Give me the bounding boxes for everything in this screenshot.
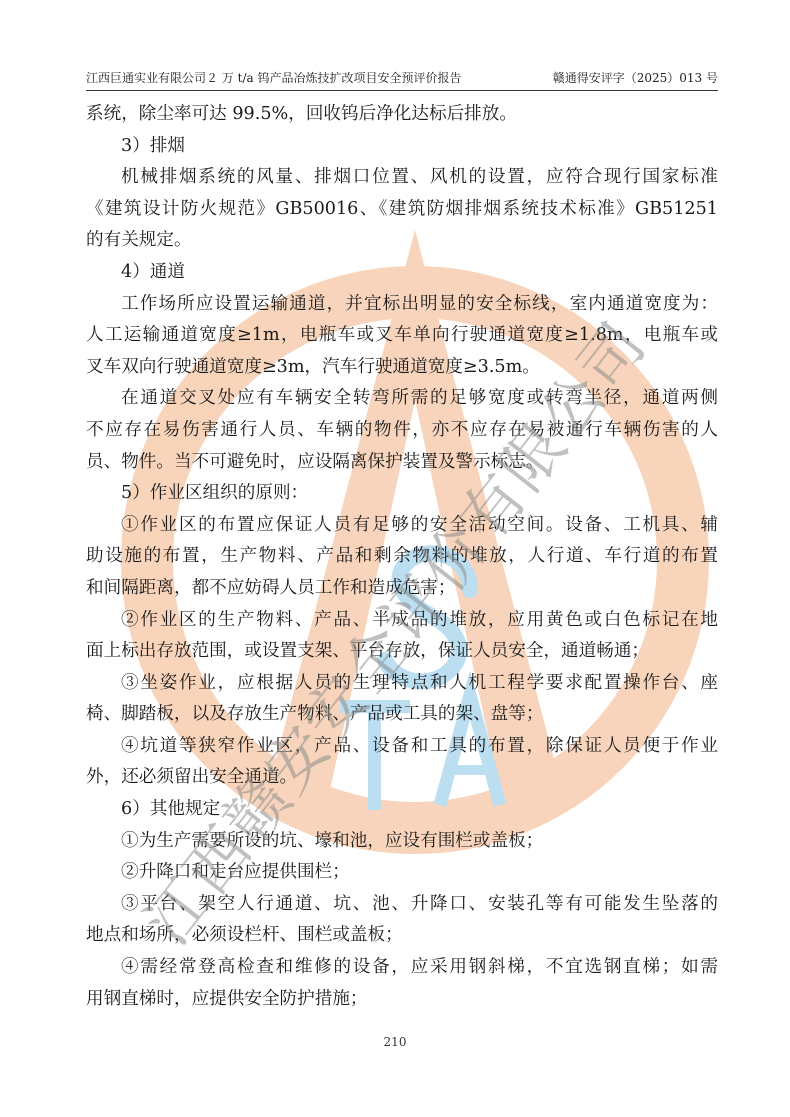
text-line: 系统，除尘率可达 99.5%，回收钨后净化达标后排放。	[86, 99, 718, 131]
text-line: ②升降口和走台应提供围栏；	[86, 857, 718, 889]
text-line: ④需经常登高检查和维修的设备，应采用钢斜梯，不宜选钢直梯；如需	[86, 952, 718, 984]
text-line: ①作业区的布置应保证人员有足够的安全活动空间。设备、工机具、辅	[86, 510, 718, 542]
text-line: 的有关规定。	[86, 225, 718, 257]
text-line: 和间隔距离，都不应妨碍人员工作和造成危害；	[86, 573, 718, 605]
header-divider	[86, 90, 718, 91]
text-line: ③平台、架空人行通道、坑、池、升降口、安装孔等有可能发生坠落的	[86, 889, 718, 921]
text-line: ①为生产需要所设的坑、壕和池，应设有围栏或盖板；	[86, 826, 718, 858]
text-line: 用钢直梯时，应提供安全防护措施；	[86, 984, 718, 1016]
text-line: 助设施的布置，生产物料、产品和剩余物料的堆放，人行道、车行道的布置	[86, 541, 718, 573]
page-number: 210	[384, 1035, 407, 1049]
text-line: 3）排烟	[86, 131, 718, 163]
text-line: 机械排烟系统的风量、排烟口位置、风机的设置，应符合现行国家标准	[86, 162, 718, 194]
body-text: 系统，除尘率可达 99.5%，回收钨后净化达标后排放。3）排烟机械排烟系统的风量…	[86, 99, 718, 1015]
text-line: 人工运输通道宽度≥1m，电瓶车或叉车单向行驶通道宽度≥1.8m，电瓶车或	[86, 320, 718, 352]
text-line: 叉车双向行驶通道宽度≥3m，汽车行驶通道宽度≥3.5m。	[86, 352, 718, 384]
text-line: 地点和场所，必须设栏杆、围栏或盖板；	[86, 920, 718, 952]
text-line: 4）通道	[86, 257, 718, 289]
page-footer: 210	[0, 1035, 790, 1049]
text-line: 《建筑设计防火规范》GB50016、《建筑防烟排烟系统技术标准》GB51251	[86, 194, 718, 226]
document-number: 赣通得安评字（2025）013 号	[553, 69, 718, 86]
report-title: 江西巨通实业有限公司２ 万 t/a 钨产品冶炼技扩改项目安全预评价报告	[86, 69, 461, 86]
text-line: ②作业区的生产物料、产品、半成品的堆放，应用黄色或白色标记在地	[86, 605, 718, 637]
text-line: 工作场所应设置运输通道，并宜标出明显的安全标线，室内通道宽度为：	[86, 289, 718, 321]
text-line: 员、物件。当不可避免时，应设隔离保护装置及警示标志。	[86, 447, 718, 479]
page-header: 江西巨通实业有限公司２ 万 t/a 钨产品冶炼技扩改项目安全预评价报告 赣通得安…	[86, 66, 718, 86]
text-line: 6）其他规定	[86, 794, 718, 826]
text-line: 在通道交叉处应有车辆安全转弯所需的足够宽度或转弯半径，通道两侧	[86, 383, 718, 415]
text-line: 面上标出存放范围，或设置支架、平台存放，保证人员安全，通道畅通；	[86, 636, 718, 668]
document-page: 江西赣安安全评价有限公司 江西巨通实业有限公司２ 万 t/a 钨产品冶炼技扩改项…	[0, 0, 790, 1117]
text-line: 5）作业区组织的原则：	[86, 478, 718, 510]
text-line: 外，还必须留出安全通道。	[86, 762, 718, 794]
text-line: 不应存在易伤害通行人员、车辆的物件，亦不应存在易被通行车辆伤害的人	[86, 415, 718, 447]
text-line: ③坐姿作业，应根据人员的生理特点和人机工程学要求配置操作台、座	[86, 668, 718, 700]
text-line: 椅、脚踏板，以及存放生产物料、产品或工具的架、盘等；	[86, 699, 718, 731]
text-line: ④坑道等狭窄作业区，产品、设备和工具的布置，除保证人员便于作业	[86, 731, 718, 763]
